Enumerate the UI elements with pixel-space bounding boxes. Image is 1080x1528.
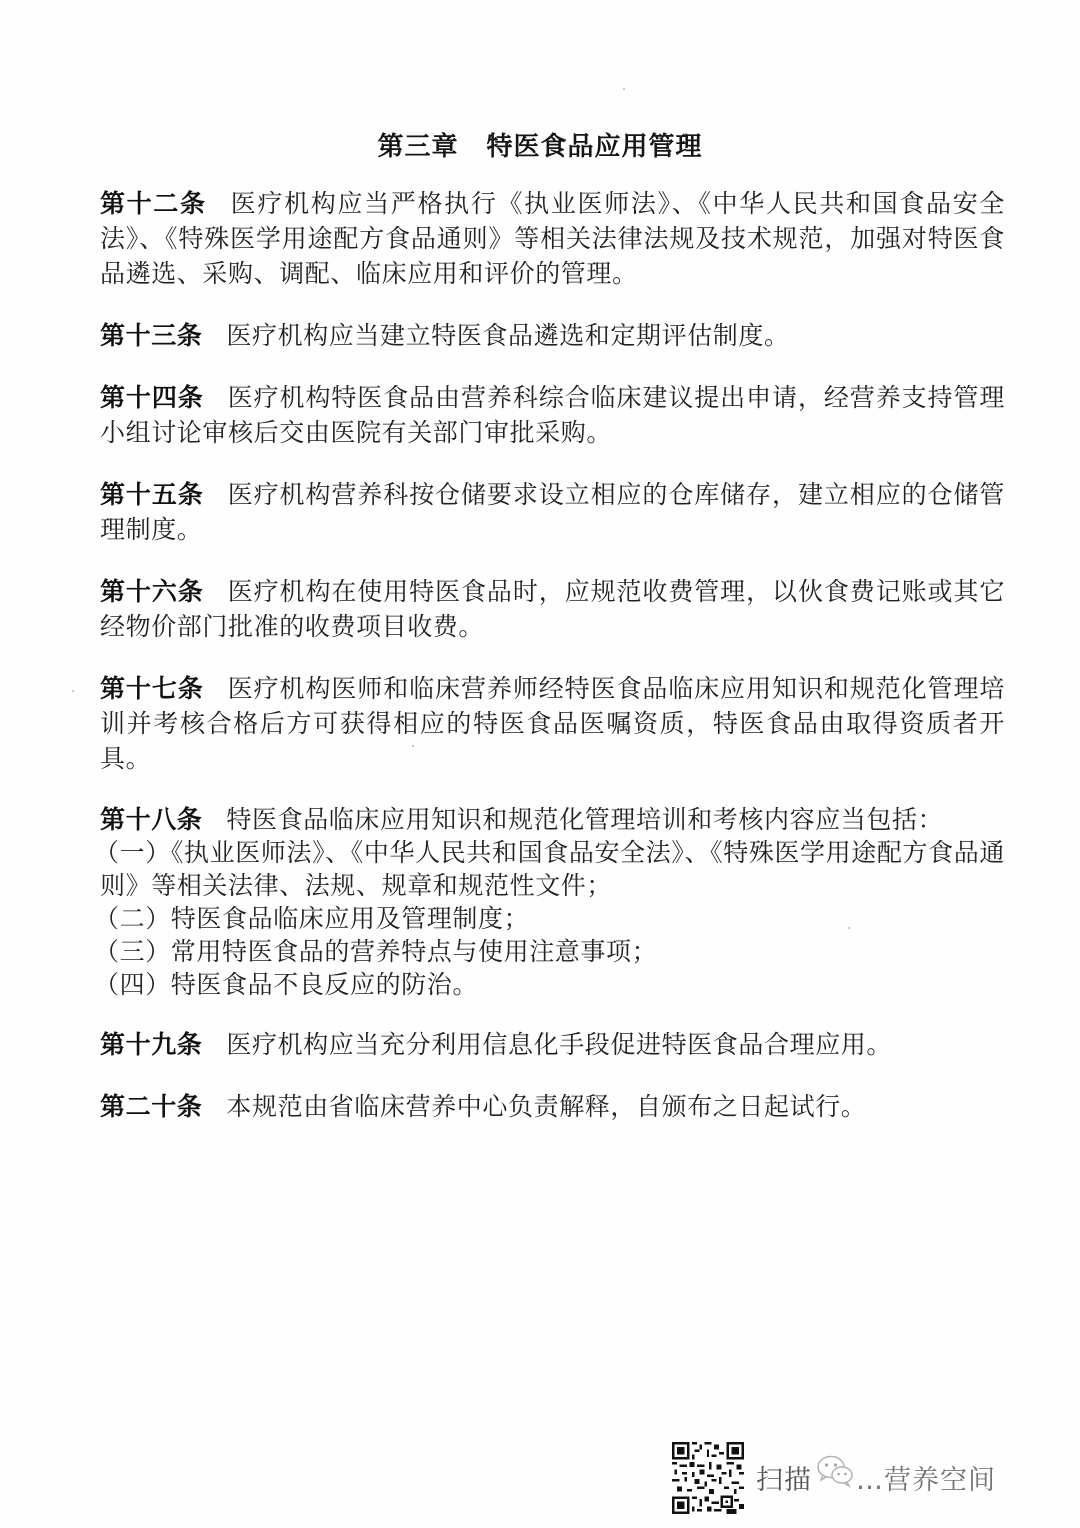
article-13: 第十三条医疗机构应当建立特医食品遴选和定期评估制度。 (100, 318, 1005, 353)
chapter-heading: 第三章特医食品应用管理 (0, 126, 1080, 163)
chapter-label: 第三章 (377, 132, 458, 162)
article-body: 医疗机构应当充分利用信息化手段促进特医食品合理应用。 (226, 1030, 892, 1059)
article-number: 第十五条 (100, 480, 204, 509)
scan-speck (72, 690, 74, 692)
article-body: 本规范由省临床营养中心负责解释，自颁布之日起试行。 (226, 1092, 866, 1121)
footer-watermark: 扫描 …营养空间 (668, 1438, 1068, 1522)
article-19: 第十九条医疗机构应当充分利用信息化手段促进特医食品合理应用。 (100, 1027, 1005, 1062)
scan-prompt-text: 扫描 (756, 1458, 812, 1497)
article-body: 医疗机构营养科按仓储要求设立相应的仓库储存，建立相应的仓储管理制度。 (100, 480, 1005, 544)
article-number: 第十七条 (100, 674, 204, 703)
article-body: 特医食品临床应用知识和规范化管理培训和考核内容应当包括： (226, 805, 943, 834)
article-15: 第十五条医疗机构营养科按仓储要求设立相应的仓库储存，建立相应的仓储管理制度。 (100, 477, 1005, 547)
article-12: 第十二条医疗机构应当严格执行《执业医师法》、《中华人民共和国食品安全法》、《特殊… (100, 186, 1005, 291)
article-number: 第十六条 (100, 577, 204, 606)
article-number: 第十二条 (100, 189, 207, 218)
article-body: 医疗机构应当建立特医食品遴选和定期评估制度。 (226, 321, 789, 350)
article-list: 第十二条医疗机构应当严格执行《执业医师法》、《中华人民共和国食品安全法》、《特殊… (100, 186, 1005, 1151)
article-number: 第十九条 (100, 1030, 202, 1059)
article-20: 第二十条本规范由省临床营养中心负责解释，自颁布之日起试行。 (100, 1089, 1005, 1124)
article-body: 医疗机构在使用特医食品时，应规范收费管理，以伙食费记账或其它经物价部门批准的收费… (100, 577, 1005, 641)
article-18-item-3: （三）常用特医食品的营养特点与使用注意事项； (100, 935, 1005, 968)
article-17: 第十七条医疗机构医师和临床营养师经特医食品临床应用知识和规范化管理培训并考核合格… (100, 671, 1005, 776)
article-number: 第二十条 (100, 1092, 202, 1121)
article-18-item-1: （一）《执业医师法》、《中华人民共和国食品安全法》、《特殊医学用途配方食品通则》… (100, 836, 1005, 902)
scanned-page: 第三章特医食品应用管理 第十二条医疗机构应当严格执行《执业医师法》、《中华人民共… (0, 0, 1080, 1528)
article-body: 医疗机构特医食品由营养科综合临床建议提出申请，经营养支持管理小组讨论审核后交由医… (100, 383, 1005, 447)
article-18: 第十八条特医食品临床应用知识和规范化管理培训和考核内容应当包括： （一）《执业医… (100, 803, 1005, 1001)
article-18-item-4: （四）特医食品不良反应的防治。 (100, 968, 1005, 1001)
article-14: 第十四条医疗机构特医食品由营养科综合临床建议提出申请，经营养支持管理小组讨论审核… (100, 380, 1005, 450)
article-number: 第十四条 (100, 383, 204, 412)
article-18-item-2: （二）特医食品临床应用及管理制度； (100, 902, 1005, 935)
article-number: 第十八条 (100, 805, 202, 834)
qr-code-icon[interactable] (672, 1442, 744, 1514)
wechat-icon (816, 1454, 854, 1488)
article-number: 第十三条 (100, 321, 202, 350)
watermark-account-name: …营养空间 (856, 1458, 996, 1497)
chapter-title: 特医食品应用管理 (487, 132, 703, 162)
article-body: 医疗机构应当严格执行《执业医师法》、《中华人民共和国食品安全法》、《特殊医学用途… (100, 189, 1005, 288)
article-16: 第十六条医疗机构在使用特医食品时，应规范收费管理，以伙食费记账或其它经物价部门批… (100, 574, 1005, 644)
scan-speck (623, 88, 625, 90)
article-body: 医疗机构医师和临床营养师经特医食品临床应用知识和规范化管理培训并考核合格后方可获… (100, 674, 1005, 773)
